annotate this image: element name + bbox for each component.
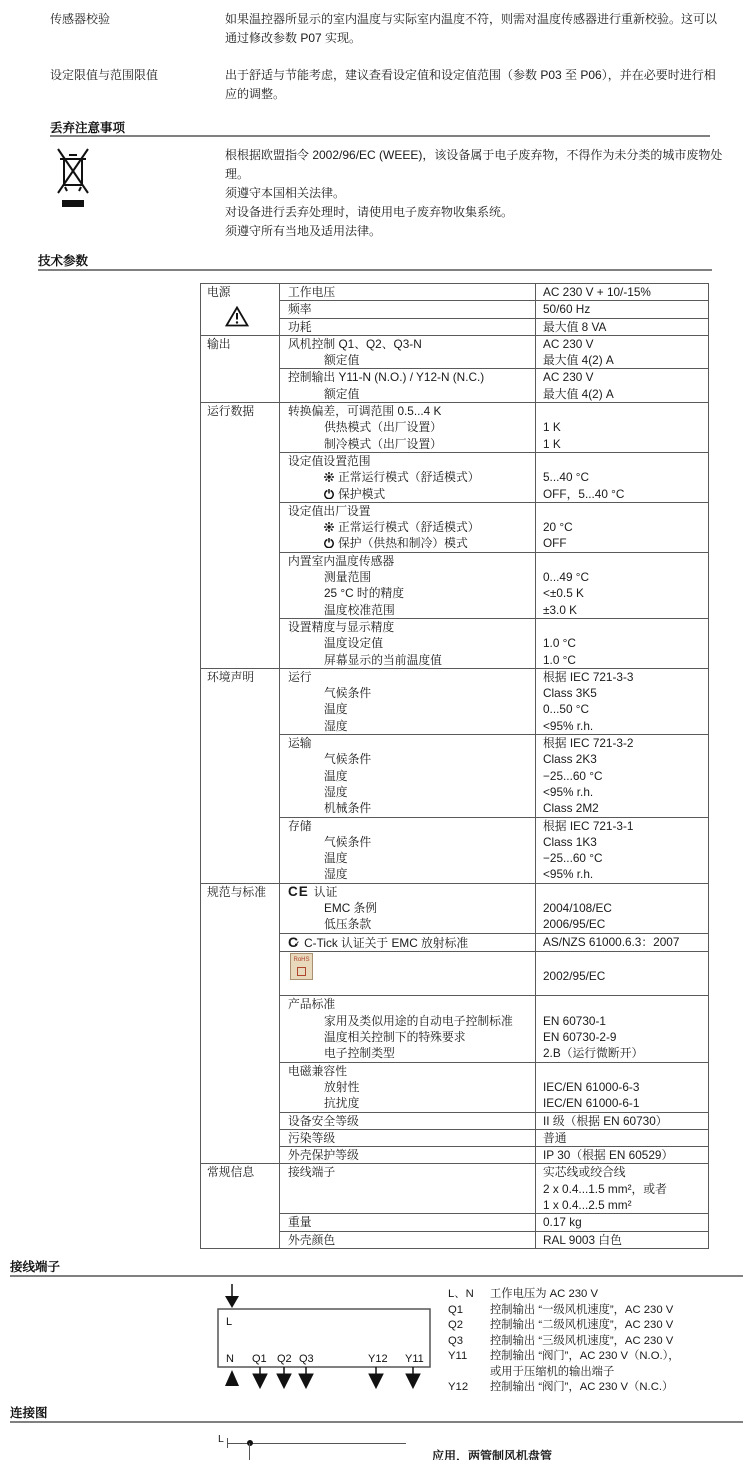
arrow-down-icon bbox=[406, 1374, 420, 1388]
tech-parameter-line: 污染等级 bbox=[280, 1130, 535, 1146]
connection-wire-tick bbox=[227, 1438, 228, 1448]
disposal-line: 须遵守所有当地及适用法律。 bbox=[225, 222, 725, 241]
tech-parameter-text: 温度相关控制下的特殊要求 bbox=[324, 1030, 466, 1044]
tech-parameter-cell: 内置室内温度传感器测量范围25 °C 时的精度温度校准范围 bbox=[280, 552, 536, 618]
tech-parameter-cell: 外壳颜色 bbox=[280, 1231, 536, 1248]
terminal-label-q3: Q3 bbox=[299, 1353, 314, 1365]
tech-value-text: Class 3K5 bbox=[536, 685, 708, 701]
tech-heading-rule bbox=[38, 269, 712, 271]
tech-parameter-line: 湿度 bbox=[280, 866, 535, 882]
tech-parameter-text: 温度 bbox=[324, 769, 348, 783]
tech-value-text: 根据 IEC 721-3-1 bbox=[536, 818, 708, 834]
tech-value-text bbox=[536, 884, 708, 900]
tech-parameter-text: 风机控制 Q1、Q2、Q3-N bbox=[288, 337, 422, 351]
tech-parameter-text: 低压条款 bbox=[324, 917, 371, 931]
tech-value-text: IP 30（根据 EN 60529） bbox=[536, 1147, 708, 1163]
terminal-legend-desc: 工作电压为 AC 230 V bbox=[490, 1288, 598, 1300]
tech-parameter-line bbox=[280, 979, 535, 995]
tech-value-cell: AC 230 V最大值 4(2) A bbox=[536, 369, 709, 403]
tech-parameter-line: 正常运行模式（舒适模式） bbox=[280, 469, 535, 485]
tech-parameter-line: 湿度 bbox=[280, 718, 535, 734]
tech-value-text: −25...60 °C bbox=[536, 850, 708, 866]
tech-parameter-line: 放射性 bbox=[280, 1079, 535, 1095]
tech-parameter-text: 电磁兼容性 bbox=[288, 1064, 347, 1078]
tech-table-row: 规范与标准CE认证EMC 条例低压条款 2004/108/EC2006/95/E… bbox=[201, 883, 709, 933]
disposal-heading-rule bbox=[50, 135, 710, 137]
tech-parameter-text: 湿度 bbox=[324, 719, 348, 733]
warning-triangle-icon bbox=[225, 306, 249, 327]
intro-row2-text: 出于舒适与节能考虑，建议查看设定值和设定值范围（参数 P03 至 P06），并在… bbox=[225, 66, 717, 104]
tech-parameter-text: 屏幕显示的当前温度值 bbox=[324, 653, 442, 667]
tech-value-cell: 根据 IEC 721-3-1Class 1K3−25...60 °C<95% r… bbox=[536, 817, 709, 883]
tech-value-cell: 最大值 8 VA bbox=[536, 318, 709, 335]
tech-value-text: −25...60 °C bbox=[536, 768, 708, 784]
tech-value-cell: 实芯线或绞合线2 x 0.4...1.5 mm²，或者1 x 0.4...2.5… bbox=[536, 1164, 709, 1214]
arrow-down-icon bbox=[277, 1374, 291, 1388]
tech-parameter-line: 气候条件 bbox=[280, 751, 535, 767]
tech-value-text: EN 60730-2-9 bbox=[536, 1029, 708, 1045]
tech-parameter-line: 正常运行模式（舒适模式） bbox=[280, 519, 535, 535]
tech-parameters-table: 电源工作电压AC 230 V + 10/-15%频率50/60 Hz功耗最大值 … bbox=[200, 283, 709, 1249]
rohs-badge-icon: RoHS bbox=[290, 953, 313, 980]
tech-parameter-text: 转换偏差，可调范围 0.5...4 K bbox=[288, 404, 441, 418]
tech-parameter-cell: 工作电压 bbox=[280, 284, 536, 301]
connection-wire-line bbox=[228, 1443, 406, 1444]
power-icon bbox=[324, 538, 334, 548]
tech-parameter-line: 产品标准 bbox=[280, 996, 535, 1012]
c-tick-mark-icon: C✓ bbox=[288, 934, 298, 950]
disposal-line: 对设备进行丢弃处理时，请使用电子废弃物收集系统。 bbox=[225, 203, 725, 222]
tech-value-text: 5...40 °C bbox=[536, 469, 708, 485]
tech-parameter-line: CE认证 bbox=[280, 884, 535, 900]
tech-parameter-cell: 接线端子 bbox=[280, 1164, 536, 1214]
tech-value-text: 普通 bbox=[536, 1130, 708, 1146]
tech-parameter-line: 制冷模式（出厂设置） bbox=[280, 436, 535, 452]
terminal-legend-desc: 控制输出 “阀门”，AC 230 V（N.O.）， bbox=[490, 1350, 680, 1362]
tech-parameter-text: 湿度 bbox=[324, 785, 348, 799]
tech-table-row: 电源工作电压AC 230 V + 10/-15% bbox=[201, 284, 709, 301]
tech-parameter-text: 温度设定值 bbox=[324, 636, 383, 650]
tech-value-text: 1 K bbox=[536, 436, 708, 452]
tech-parameter-line: 供热模式（出厂设置） bbox=[280, 419, 535, 435]
disposal-heading: 丢弃注意事项 bbox=[50, 118, 125, 136]
power-icon bbox=[324, 489, 334, 499]
tech-parameter-text: 额定值 bbox=[324, 387, 359, 401]
tech-parameter-text bbox=[288, 1198, 291, 1212]
tech-value-text: 根据 IEC 721-3-3 bbox=[536, 669, 708, 685]
tech-parameter-text: 保护（供热和制冷）模式 bbox=[338, 536, 468, 550]
tech-parameter-line: 外壳保护等级 bbox=[280, 1147, 535, 1163]
tech-parameter-cell: 转换偏差，可调范围 0.5...4 K供热模式（出厂设置）制冷模式（出厂设置） bbox=[280, 403, 536, 453]
tech-value-text bbox=[536, 1063, 708, 1079]
tech-parameter-line: 保护模式 bbox=[280, 486, 535, 502]
tech-parameter-text: EMC 条例 bbox=[324, 901, 377, 915]
tech-value-text bbox=[536, 453, 708, 469]
tech-parameter-cell: 设置精度与显示精度温度设定值屏幕显示的当前温度值 bbox=[280, 618, 536, 668]
tech-parameter-text: 机械条件 bbox=[324, 801, 371, 815]
tech-value-text bbox=[536, 553, 708, 569]
tech-parameter-text: 外壳颜色 bbox=[288, 1233, 335, 1247]
tech-value-text: <95% r.h. bbox=[536, 718, 708, 734]
tech-parameter-text: 温度 bbox=[324, 851, 348, 865]
tech-parameter-cell: 外壳保护等级 bbox=[280, 1147, 536, 1164]
tech-value-cell: AS/NZS 61000.6.3：2007 bbox=[536, 933, 709, 951]
tech-parameter-line: 温度 bbox=[280, 850, 535, 866]
tech-value-text: II 级（根据 EN 60730） bbox=[536, 1113, 708, 1129]
tech-parameter-cell: 风机控制 Q1、Q2、Q3-N额定值 bbox=[280, 335, 536, 369]
tech-parameter-line bbox=[280, 1181, 535, 1197]
tech-parameter-cell: 电磁兼容性放射性抗扰度 bbox=[280, 1062, 536, 1112]
tech-group-cell: 常规信息 bbox=[201, 1164, 280, 1248]
tech-value-text: 实芯线或绞合线 bbox=[536, 1164, 708, 1180]
tech-parameter-text: 气候条件 bbox=[324, 686, 371, 700]
tech-group-label: 规范与标准 bbox=[201, 884, 279, 900]
tech-parameter-cell: 产品标准家用及类似用途的自动电子控制标准温度相关控制下的特殊要求电子控制类型 bbox=[280, 996, 536, 1062]
tech-parameter-text bbox=[288, 980, 291, 994]
datasheet-page: { "colors": { "text": "#1a1a1a", "table_… bbox=[0, 0, 750, 1460]
tech-parameter-line: 测量范围 bbox=[280, 569, 535, 585]
tech-parameter-line: 湿度 bbox=[280, 784, 535, 800]
tech-group-cell: 输出 bbox=[201, 335, 280, 402]
tech-parameter-line: 温度 bbox=[280, 701, 535, 717]
terminal-legend-desc: 控制输出 “阀门”，AC 230 V（N.C.） bbox=[490, 1381, 673, 1393]
tech-parameter-text: 频率 bbox=[288, 302, 312, 316]
terminal-legend-row: Y12控制输出 “阀门”，AC 230 V（N.C.） bbox=[448, 1380, 743, 1396]
tech-parameter-text: 电子控制类型 bbox=[324, 1046, 395, 1060]
tech-parameter-text: 额定值 bbox=[324, 353, 359, 367]
tech-value-text: 0...49 °C bbox=[536, 569, 708, 585]
terminal-label-n: N bbox=[226, 1353, 234, 1365]
tech-parameter-line: 外壳颜色 bbox=[280, 1232, 535, 1248]
tech-value-text: 最大值 4(2) A bbox=[536, 386, 708, 402]
disposal-line: 根根据欧盟指令 2002/96/EC (WEEE)，该设备属于电子废弃物，不得作… bbox=[225, 146, 725, 184]
terminal-legend-desc: 控制输出 “二级风机速度”，AC 230 V bbox=[490, 1319, 673, 1331]
terminals-heading: 接线端子 bbox=[10, 1257, 60, 1275]
tech-group-label: 环境声明 bbox=[201, 669, 279, 685]
tech-parameter-text: 产品标准 bbox=[288, 997, 335, 1011]
arrow-down-icon bbox=[369, 1374, 383, 1388]
tech-parameter-line: 温度设定值 bbox=[280, 635, 535, 651]
weee-crossed-out-bin-icon bbox=[55, 146, 91, 219]
tech-parameter-line: EMC 条例 bbox=[280, 900, 535, 916]
tech-value-text: <±0.5 K bbox=[536, 585, 708, 601]
tech-parameter-line: 低压条款 bbox=[280, 916, 535, 932]
tech-group-label: 运行数据 bbox=[201, 403, 279, 419]
tech-parameter-cell: RoHS bbox=[280, 951, 536, 996]
tech-parameter-line: 25 °C 时的精度 bbox=[280, 585, 535, 601]
tech-value-text: 1.0 °C bbox=[536, 635, 708, 651]
connection-heading: 连接图 bbox=[10, 1403, 48, 1421]
tech-value-cell: 0...49 °C<±0.5 K±3.0 K bbox=[536, 552, 709, 618]
connection-junction-dot bbox=[247, 1440, 253, 1446]
tech-parameter-cell: 设定值出厂设置正常运行模式（舒适模式）保护（供热和制冷）模式 bbox=[280, 502, 536, 552]
tech-value-text: IEC/EN 61000-6-3 bbox=[536, 1079, 708, 1095]
arrow-down-icon bbox=[299, 1374, 313, 1388]
tech-value-cell: 1 K1 K bbox=[536, 403, 709, 453]
tech-parameter-text: 功耗 bbox=[288, 320, 312, 334]
disposal-line: 须遵守本国相关法律。 bbox=[225, 184, 725, 203]
connection-application-note: 应用，两管制风机盘管 bbox=[432, 1447, 552, 1460]
tech-table-row: 输出风机控制 Q1、Q2、Q3-N额定值AC 230 V最大值 4(2) A bbox=[201, 335, 709, 369]
tech-value-cell: EN 60730-1EN 60730-2-92.B（运行微断开） bbox=[536, 996, 709, 1062]
tech-value-text: 最大值 4(2) A bbox=[536, 352, 708, 368]
tech-value-text: 2004/108/EC bbox=[536, 900, 708, 916]
tech-value-text: 50/60 Hz bbox=[536, 301, 708, 317]
tech-value-text: RAL 9003 白色 bbox=[536, 1232, 708, 1248]
tech-parameter-line: 温度校准范围 bbox=[280, 602, 535, 618]
tech-parameter-text: 温度 bbox=[324, 702, 348, 716]
tech-value-text: <95% r.h. bbox=[536, 784, 708, 800]
tech-parameter-line: 温度相关控制下的特殊要求 bbox=[280, 1029, 535, 1045]
tech-value-text: IEC/EN 61000-6-1 bbox=[536, 1095, 708, 1111]
tech-parameter-text: 重量 bbox=[288, 1215, 312, 1229]
terminal-label-y12: Y12 bbox=[368, 1353, 388, 1365]
tech-parameter-cell: 运输气候条件温度湿度机械条件 bbox=[280, 735, 536, 817]
tech-parameter-text bbox=[313, 964, 316, 978]
tech-value-text bbox=[536, 996, 708, 1012]
tech-group-label: 电源 bbox=[201, 284, 279, 300]
terminal-legend-term: Q3 bbox=[448, 1334, 490, 1350]
tech-parameter-line: 电磁兼容性 bbox=[280, 1063, 535, 1079]
intro-row1-label: 传感器校验 bbox=[50, 10, 210, 27]
tech-value-text: Class 2K3 bbox=[536, 751, 708, 767]
tech-value-cell: RAL 9003 白色 bbox=[536, 1231, 709, 1248]
tech-parameter-line: 风机控制 Q1、Q2、Q3-N bbox=[280, 336, 535, 352]
terminal-legend-desc: 控制输出 “一级风机速度”，AC 230 V bbox=[490, 1304, 673, 1316]
tech-parameter-text: 运行 bbox=[288, 670, 312, 684]
tech-parameter-text: 外壳保护等级 bbox=[288, 1148, 359, 1162]
tech-value-text: Class 1K3 bbox=[536, 834, 708, 850]
tech-parameter-text: 存储 bbox=[288, 819, 312, 833]
tech-value-text: AC 230 V + 10/-15% bbox=[536, 284, 708, 300]
connection-wire-label: L bbox=[218, 1433, 224, 1445]
tech-value-cell: 2002/95/EC bbox=[536, 951, 709, 996]
terminal-legend-term: Q1 bbox=[448, 1303, 490, 1319]
tech-value-text: 1 x 0.4...2.5 mm² bbox=[536, 1197, 708, 1213]
tech-parameter-cell: 重量 bbox=[280, 1214, 536, 1231]
tech-parameter-line: 额定值 bbox=[280, 352, 535, 368]
tech-parameter-cell: 存储气候条件温度湿度 bbox=[280, 817, 536, 883]
tech-value-text: 20 °C bbox=[536, 519, 708, 535]
tech-value-cell: IP 30（根据 EN 60529） bbox=[536, 1147, 709, 1164]
tech-parameter-text: 控制输出 Y11-N (N.O.) / Y12-N (N.C.) bbox=[288, 370, 484, 384]
tech-parameter-text: 25 °C 时的精度 bbox=[324, 586, 404, 600]
tech-value-text: 0...50 °C bbox=[536, 701, 708, 717]
tech-parameter-line: 设备安全等级 bbox=[280, 1113, 535, 1129]
tech-value-text: Class 2M2 bbox=[536, 800, 708, 816]
tech-parameter-line: 抗扰度 bbox=[280, 1095, 535, 1111]
terminal-legend-row: L、N工作电压为 AC 230 V bbox=[448, 1287, 743, 1303]
terminals-heading-rule bbox=[10, 1275, 743, 1277]
tech-parameter-line: 频率 bbox=[280, 301, 535, 317]
tech-parameter-text: 运输 bbox=[288, 736, 312, 750]
tech-group-cell: 运行数据 bbox=[201, 403, 280, 669]
tech-parameter-line: 存储 bbox=[280, 818, 535, 834]
tech-parameter-text bbox=[288, 1182, 291, 1196]
tech-group-cell: 规范与标准 bbox=[201, 883, 280, 1164]
tech-value-cell: AC 230 V最大值 4(2) A bbox=[536, 335, 709, 369]
tech-parameter-line: 设定值出厂设置 bbox=[280, 503, 535, 519]
terminal-label-y11: Y11 bbox=[405, 1353, 424, 1365]
terminal-legend-desc-continued: 或用于压缩机的输出端子 bbox=[448, 1365, 743, 1381]
tech-parameter-line: 额定值 bbox=[280, 386, 535, 402]
tech-parameter-line: 接线端子 bbox=[280, 1164, 535, 1180]
tech-group-cell: 环境声明 bbox=[201, 668, 280, 883]
tech-parameter-line: 控制输出 Y11-N (N.O.) / Y12-N (N.C.) bbox=[280, 369, 535, 385]
tech-value-cell: 根据 IEC 721-3-2Class 2K3−25...60 °C<95% r… bbox=[536, 735, 709, 817]
tech-parameter-text: 设置精度与显示精度 bbox=[288, 620, 394, 634]
terminal-legend-term: L、N bbox=[448, 1287, 490, 1303]
tech-parameter-text: 设备安全等级 bbox=[288, 1114, 359, 1128]
tech-value-text bbox=[536, 619, 708, 635]
tech-parameter-line: 气候条件 bbox=[280, 685, 535, 701]
tech-parameter-line: C✓C-Tick 认证关于 EMC 放射标准 bbox=[280, 934, 535, 951]
tech-value-text: EN 60730-1 bbox=[536, 1013, 708, 1029]
tech-parameter-text: 湿度 bbox=[324, 867, 348, 881]
tech-parameter-line: 设置精度与显示精度 bbox=[280, 619, 535, 635]
tech-parameter-cell: 污染等级 bbox=[280, 1129, 536, 1146]
tech-value-text: 根据 IEC 721-3-2 bbox=[536, 735, 708, 751]
tech-parameter-line: 温度 bbox=[280, 768, 535, 784]
tech-parameter-line: 设定值设置范围 bbox=[280, 453, 535, 469]
terminal-legend-term: Y11 bbox=[448, 1349, 490, 1365]
tech-parameter-text: 放射性 bbox=[324, 1080, 359, 1094]
tech-value-cell: IEC/EN 61000-6-3IEC/EN 61000-6-1 bbox=[536, 1062, 709, 1112]
terminal-legend-row: Y11控制输出 “阀门”，AC 230 V（N.O.）， bbox=[448, 1349, 743, 1365]
terminal-connection-diagram: L N Q1 Q2 Q3 Y12 Y11 bbox=[200, 1284, 450, 1399]
tech-parameter-text: 认证 bbox=[314, 885, 338, 899]
tech-value-cell: 普通 bbox=[536, 1129, 709, 1146]
tech-parameter-line: 屏幕显示的当前温度值 bbox=[280, 652, 535, 668]
terminal-label-q1: Q1 bbox=[252, 1353, 267, 1365]
tech-parameter-line: RoHS bbox=[280, 952, 535, 979]
tech-parameter-line: 运行 bbox=[280, 669, 535, 685]
tech-parameter-text: C-Tick 认证关于 EMC 放射标准 bbox=[304, 936, 468, 950]
tech-group-label: 输出 bbox=[201, 336, 279, 352]
tech-value-cell: II 级（根据 EN 60730） bbox=[536, 1112, 709, 1129]
connection-wire-stub bbox=[249, 1443, 250, 1460]
tech-parameter-cell: 设备安全等级 bbox=[280, 1112, 536, 1129]
tech-parameter-text: 正常运行模式（舒适模式） bbox=[338, 470, 480, 484]
tech-parameter-text: 测量范围 bbox=[324, 570, 371, 584]
tech-parameter-line: 电子控制类型 bbox=[280, 1045, 535, 1061]
tech-parameter-text: 保护模式 bbox=[338, 487, 385, 501]
tech-parameter-text: 制冷模式（出厂设置） bbox=[324, 437, 442, 451]
tech-value-cell: 5...40 °COFF，5...40 °C bbox=[536, 452, 709, 502]
terminal-label-l: L bbox=[226, 1316, 232, 1328]
tech-parameter-line: 运输 bbox=[280, 735, 535, 751]
terminal-legend: L、N工作电压为 AC 230 VQ1控制输出 “一级风机速度”，AC 230 … bbox=[448, 1287, 743, 1396]
terminal-legend-desc: 控制输出 “三级风机速度”，AC 230 V bbox=[490, 1335, 673, 1347]
tech-parameter-text: 设定值设置范围 bbox=[288, 454, 371, 468]
tech-parameter-cell: 控制输出 Y11-N (N.O.) / Y12-N (N.C.)额定值 bbox=[280, 369, 536, 403]
ce-mark-icon: CE bbox=[288, 884, 309, 899]
tech-parameter-line: 转换偏差，可调范围 0.5...4 K bbox=[280, 403, 535, 419]
tech-value-text bbox=[536, 403, 708, 419]
tech-value-cell: 1.0 °C1.0 °C bbox=[536, 618, 709, 668]
arrow-down-icon bbox=[225, 1296, 239, 1308]
tech-table-row: 常规信息接线端子 实芯线或绞合线2 x 0.4...1.5 mm²，或者1 x … bbox=[201, 1164, 709, 1214]
tech-value-cell: 0.17 kg bbox=[536, 1214, 709, 1231]
tech-value-text: 2002/95/EC bbox=[536, 968, 708, 984]
tech-table-row: 运行数据转换偏差，可调范围 0.5...4 K供热模式（出厂设置）制冷模式（出厂… bbox=[201, 403, 709, 453]
sun-icon bbox=[324, 522, 334, 532]
tech-parameter-line: 气候条件 bbox=[280, 834, 535, 850]
tech-value-cell: 50/60 Hz bbox=[536, 301, 709, 318]
tech-value-text: OFF bbox=[536, 535, 708, 551]
tech-parameter-line bbox=[280, 1197, 535, 1213]
tech-value-text: 最大值 8 VA bbox=[536, 319, 708, 335]
tech-value-text: ±3.0 K bbox=[536, 602, 708, 618]
tech-parameter-text: 抗扰度 bbox=[324, 1096, 359, 1110]
tech-heading: 技术参数 bbox=[38, 251, 88, 269]
tech-parameter-cell: 运行气候条件温度湿度 bbox=[280, 668, 536, 734]
terminal-legend-row: Q3控制输出 “三级风机速度”，AC 230 V bbox=[448, 1334, 743, 1350]
terminal-legend-row: Q1控制输出 “一级风机速度”，AC 230 V bbox=[448, 1303, 743, 1319]
tech-parameter-line: 保护（供热和制冷）模式 bbox=[280, 535, 535, 551]
tech-value-text: 1.0 °C bbox=[536, 652, 708, 668]
tech-parameter-cell: 频率 bbox=[280, 301, 536, 318]
tech-parameter-text: 正常运行模式（舒适模式） bbox=[338, 520, 480, 534]
tech-value-text bbox=[536, 503, 708, 519]
tech-parameter-line: 功耗 bbox=[280, 319, 535, 335]
tech-value-cell: 2004/108/EC2006/95/EC bbox=[536, 883, 709, 933]
tech-value-text: OFF，5...40 °C bbox=[536, 486, 708, 502]
tech-parameter-text: 工作电压 bbox=[288, 285, 335, 299]
intro-row1-text: 如果温控器所显示的室内温度与实际室内温度不符，则需对温度传感器进行重新校验。这可… bbox=[225, 10, 717, 48]
terminal-label-q2: Q2 bbox=[277, 1353, 292, 1365]
tech-parameter-text: 接线端子 bbox=[288, 1165, 335, 1179]
tech-value-text: 2.B（运行微断开） bbox=[536, 1045, 708, 1061]
arrow-up-icon bbox=[225, 1370, 239, 1386]
tech-value-cell: AC 230 V + 10/-15% bbox=[536, 284, 709, 301]
tech-parameter-text: 温度校准范围 bbox=[324, 603, 395, 617]
tech-value-text: AS/NZS 61000.6.3：2007 bbox=[536, 934, 708, 950]
connection-heading-rule bbox=[10, 1421, 743, 1423]
tech-parameter-line: 内置室内温度传感器 bbox=[280, 553, 535, 569]
tech-parameter-text: 气候条件 bbox=[324, 835, 371, 849]
terminal-legend-row: Q2控制输出 “二级风机速度”，AC 230 V bbox=[448, 1318, 743, 1334]
tech-group-cell: 电源 bbox=[201, 284, 280, 336]
tech-parameter-text: 气候条件 bbox=[324, 752, 371, 766]
tech-parameter-line: 家用及类似用途的自动电子控制标准 bbox=[280, 1013, 535, 1029]
intro-row2-label: 设定限值与范围限值 bbox=[50, 66, 210, 83]
tech-value-text: <95% r.h. bbox=[536, 866, 708, 882]
tech-value-text: AC 230 V bbox=[536, 336, 708, 352]
disposal-paragraph: 根根据欧盟指令 2002/96/EC (WEEE)，该设备属于电子废弃物，不得作… bbox=[225, 146, 725, 241]
tech-value-text: 2 x 0.4...1.5 mm²，或者 bbox=[536, 1181, 708, 1197]
tech-value-cell: 20 °COFF bbox=[536, 502, 709, 552]
tech-parameter-line: 重量 bbox=[280, 1214, 535, 1230]
terminal-legend-term: Y12 bbox=[448, 1380, 490, 1396]
sun-icon bbox=[324, 472, 334, 482]
tech-parameter-line: 机械条件 bbox=[280, 800, 535, 816]
tech-parameter-text: 污染等级 bbox=[288, 1131, 335, 1145]
tech-parameter-text: 内置室内温度传感器 bbox=[288, 554, 394, 568]
tech-parameter-text: 供热模式（出厂设置） bbox=[324, 420, 442, 434]
tech-parameter-cell: CE认证EMC 条例低压条款 bbox=[280, 883, 536, 933]
tech-value-text: 1 K bbox=[536, 419, 708, 435]
terminal-legend-term: Q2 bbox=[448, 1318, 490, 1334]
tech-parameter-text: 家用及类似用途的自动电子控制标准 bbox=[324, 1014, 513, 1028]
tech-parameter-cell: C✓C-Tick 认证关于 EMC 放射标准 bbox=[280, 933, 536, 951]
tech-value-text: AC 230 V bbox=[536, 369, 708, 385]
tech-table-row: 环境声明运行气候条件温度湿度根据 IEC 721-3-3Class 3K50..… bbox=[201, 668, 709, 734]
tech-parameter-cell: 设定值设置范围正常运行模式（舒适模式）保护模式 bbox=[280, 452, 536, 502]
tech-parameter-cell: 功耗 bbox=[280, 318, 536, 335]
tech-group-label: 常规信息 bbox=[201, 1164, 279, 1180]
tech-value-cell: 根据 IEC 721-3-3Class 3K50...50 °C<95% r.h… bbox=[536, 668, 709, 734]
